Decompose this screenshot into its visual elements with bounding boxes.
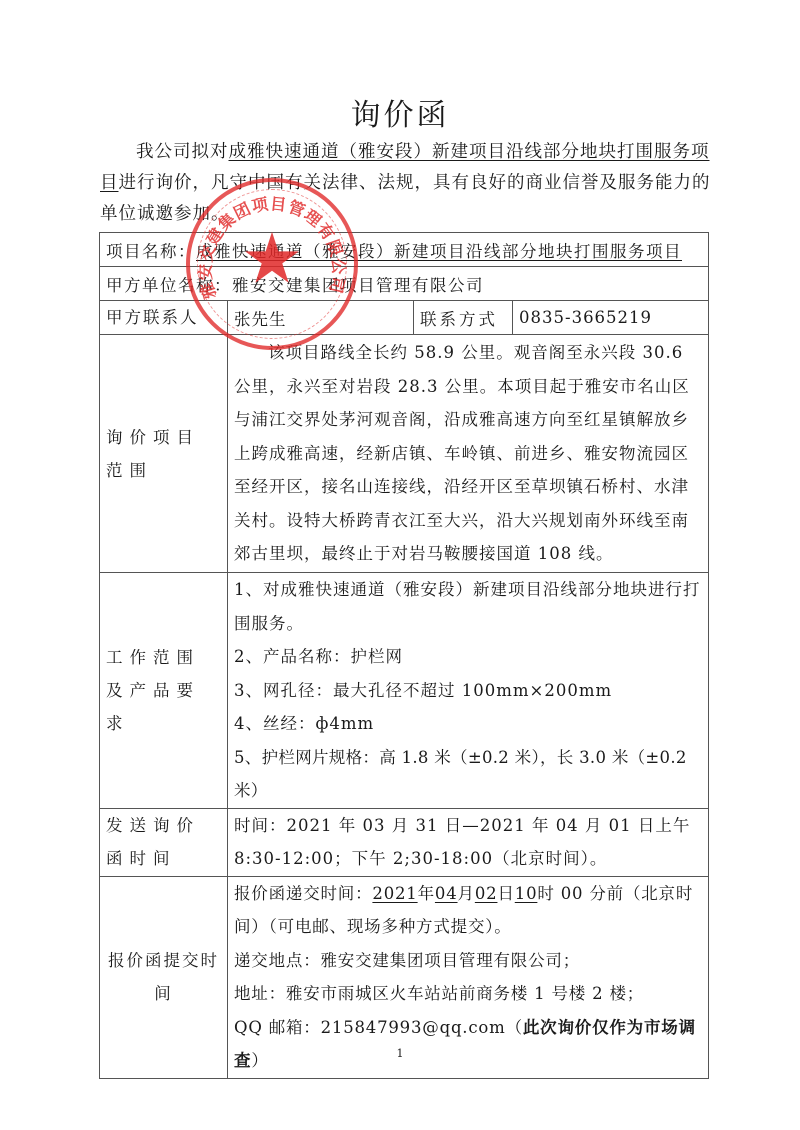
intro-prefix: 我公司拟对	[136, 142, 229, 162]
contact-method-value: 0835-3665219	[513, 301, 709, 335]
contact-method-label: 联系方式	[414, 301, 513, 335]
work-item: 5、护栏网片规格：高 1.8 米（±0.2 米），长 3.0 米（±0.2 米）	[234, 741, 702, 808]
contact-label: 甲方联系人	[100, 301, 228, 335]
submit-address: 地址：雅安市雨城区火车站站前商务楼 1 号楼 2 楼；	[234, 977, 702, 1011]
submit-location: 递交地点：雅安交建集团项目管理有限公司；	[234, 944, 702, 978]
row-project-name: 项目名称：成雅快速通道（雅安段）新建项目沿线部分地块打围服务项目	[100, 233, 709, 267]
row-contact: 甲方联系人 张先生 联系方式 0835-3665219	[100, 301, 709, 335]
inquiry-table: 项目名称：成雅快速通道（雅安段）新建项目沿线部分地块打围服务项目 甲方单位名称：…	[99, 232, 709, 1079]
page-number: 1	[0, 1047, 800, 1060]
document-title: 询价函	[0, 90, 800, 134]
row-scope: 询价项目范围 该项目路线全长约 58.9 公里。观音阁至永兴段 30.6 公里，…	[100, 335, 709, 573]
work-item: 2、产品名称：护栏网	[234, 640, 702, 674]
intro-suffix: 进行询价，凡守中国有关法律、法规，具有良好的商业信誉及服务能力的单位诚邀参加。	[100, 173, 711, 224]
work-label: 工作范围及产品要求	[100, 573, 228, 809]
row-work: 工作范围及产品要求 1、对成雅快速通道（雅安段）新建项目沿线部分地块进行打围服务…	[100, 573, 709, 809]
project-name-value: 成雅快速通道（雅安段）新建项目沿线部分地块打围服务项目	[196, 242, 682, 261]
work-item: 1、对成雅快速通道（雅安段）新建项目沿线部分地块进行打围服务。	[234, 573, 702, 640]
work-item: 3、网孔径：最大孔径不超过 100mm×200mm	[234, 674, 702, 708]
intro-paragraph: 我公司拟对成雅快速通道（雅安段）新建项目沿线部分地块打围服务项目进行询价，凡守中…	[100, 137, 712, 230]
scope-label: 询价项目范围	[100, 335, 228, 573]
work-item: 4、丝经：ф4mm	[234, 707, 702, 741]
scope-text: 该项目路线全长约 58.9 公里。观音阁至永兴段 30.6 公里，永兴至对岩段 …	[228, 335, 709, 573]
work-items: 1、对成雅快速通道（雅安段）新建项目沿线部分地块进行打围服务。 2、产品名称：护…	[228, 573, 709, 809]
contact-value: 张先生	[228, 301, 414, 335]
submit-deadline: 报价函递交时间：2021年04月02日10时 00 分前（北京时间）（可电邮、现…	[234, 877, 702, 944]
row-party-a: 甲方单位名称：雅安交建集团项目管理有限公司	[100, 267, 709, 301]
party-a-label: 甲方单位名称：	[106, 276, 232, 295]
project-name-label: 项目名称：	[106, 242, 196, 261]
row-send-time: 发送询价函时间 时间：2021 年 03 月 31 日—2021 年 04 月 …	[100, 808, 709, 876]
submit-email: QQ 邮箱：215847993@qq.com（此次询价仅作为市场调查）	[234, 1011, 702, 1078]
party-a-value: 雅安交建集团项目管理有限公司	[232, 276, 484, 295]
send-time-label: 发送询价函时间	[100, 808, 228, 876]
send-time-text: 时间：2021 年 03 月 31 日—2021 年 04 月 01 日上午 8…	[228, 808, 709, 876]
